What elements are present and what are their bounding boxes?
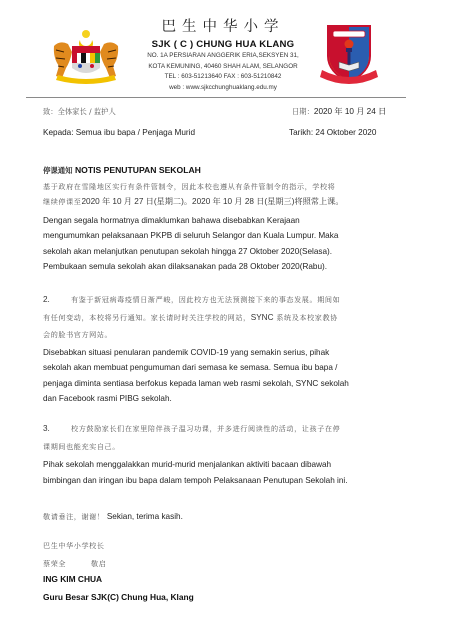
- school-name-chinese: 巴生中华小学: [128, 18, 318, 36]
- school-crest-logo: [320, 22, 378, 88]
- notice-title-chinese: 停课通知: [43, 166, 73, 175]
- paragraph-2-number: 2.: [43, 292, 71, 308]
- paragraph-1-chinese-text: 继续停课至: [43, 197, 81, 206]
- recipient-chinese: 致：全体家长 / 监护人: [43, 107, 116, 117]
- closing: 敬请垂注，谢谢！ Sekian, terima kasih.: [43, 509, 443, 525]
- paragraph-2-chinese-line-3: 会的脸书官方网站。: [43, 327, 443, 343]
- closing-malay: Sekian, terima kasih.: [107, 512, 183, 521]
- paragraph-3-number: 3.: [43, 421, 71, 437]
- paragraph-1-malay-line-4: Pembukaan semula sekolah akan dilaksanak…: [43, 259, 443, 275]
- paragraph-2-chinese-line-2: 有任何变动，本校将另行通知。家长请时时关注学校的网站，SYNC 系统及本校家教协: [43, 310, 443, 326]
- address-line-2: KOTA KEMUNING, 40460 SHAH ALAM, SELANGOR: [128, 62, 318, 73]
- paragraph-1-malay-line-2: mengumumkan pelaksanaan PKPB di seluruh …: [43, 228, 443, 244]
- date-chinese-label: 日期：: [292, 107, 314, 116]
- paragraph-2-chinese-text-1: 有鉴于新冠病毒疫情日渐严峻，因此校方也无法预测接下来的事态发展。期间如: [71, 295, 340, 304]
- paragraph-2-chinese-text-3: 系统及本校家教协: [276, 313, 338, 322]
- paragraph-1-malay-line-3: sekolah akan melanjutkan penutupan sekol…: [43, 244, 443, 260]
- paragraph-3-chinese-line-1: 3.校方鼓励家长们在家里陪伴孩子温习功课，并多进行阅读性的活动，让孩子在停: [43, 421, 443, 437]
- signature-sign-off-chinese: 敬启: [91, 559, 106, 568]
- closing-chinese: 敬请垂注，谢谢！: [43, 512, 105, 521]
- website-line: web : www.sjkcchunghuaklang.edu.my: [128, 83, 318, 94]
- contact-line: TEL : 603-51213640 FAX : 603-51210842: [128, 72, 318, 83]
- notice-section-2: 2.有鉴于新冠病毒疫情日渐严峻，因此校方也无法预测接下来的事态发展。期间如 有任…: [43, 292, 443, 407]
- letterhead: 巴生中华小学 SJK ( C ) CHUNG HUA KLANG NO. 1A …: [0, 0, 452, 100]
- paragraph-3-chinese-line-2: 课期间也能充实自己。: [43, 439, 443, 455]
- signature-title-chinese: 巴生中华小学校长: [43, 538, 443, 554]
- signature-name: ING KIM CHUA: [43, 572, 443, 588]
- signature-title: Guru Besar SJK(C) Chung Hua, Klang: [43, 590, 443, 606]
- notice-section-1: 停课通知 NOTIS PENUTUPAN SEKOLAH 基于政府在雪隆地区实行…: [43, 163, 443, 275]
- paragraph-3-chinese-text-1: 校方鼓励家长们在家里陪伴孩子温习功课，并多进行阅读性的活动，让孩子在停: [71, 424, 340, 433]
- paragraph-3-malay-line-2: bimbingan dan iringan ibu bapa dalam tem…: [43, 473, 443, 489]
- notice-title: 停课通知 NOTIS PENUTUPAN SEKOLAH: [43, 163, 443, 179]
- signature-name-chinese: 蔡荣全: [43, 556, 91, 572]
- paragraph-1-chinese-line-1: 基于政府在雪隆地区实行有条件管制令，因此本校也遵从有条件管制令的指示，学校将: [43, 179, 443, 195]
- paragraph-2-malay-line-4: dan Facebook rasmi PIBG sekolah.: [43, 391, 443, 407]
- paragraph-1-chinese-line-2: 继续停课至2020 年 10 月 27 日(星期二)。2020 年 10 月 2…: [43, 194, 443, 210]
- notice-title-malay: NOTIS PENUTUPAN SEKOLAH: [75, 165, 201, 175]
- paragraph-3-malay-line-1: Pihak sekolah menggalakkan murid-murid m…: [43, 457, 443, 473]
- paragraph-2-malay-line-2: sekolah akan membuat pengumuman dari sem…: [43, 360, 443, 376]
- recipient-malay: Kepada: Semua ibu bapa / Penjaga Murid: [43, 128, 195, 137]
- paragraph-2-chinese-text-2: 有任何变动，本校将另行通知。家长请时时关注学校的网站，: [43, 313, 251, 322]
- letterhead-text: 巴生中华小学 SJK ( C ) CHUNG HUA KLANG NO. 1A …: [128, 18, 318, 93]
- date-chinese: 日期：2020 年 10 月 24 日: [292, 106, 386, 117]
- paragraph-1-malay-line-1: Dengan segala hormatnya dimaklumkan baha…: [43, 213, 443, 229]
- paragraph-2-malay-line-1: Disebabkan situasi penularan pandemik CO…: [43, 345, 443, 361]
- date-chinese-value: 2020 年 10 月 24 日: [314, 107, 386, 116]
- paragraph-2-chinese-line-1: 2.有鉴于新冠病毒疫情日渐严峻，因此校方也无法预测接下来的事态发展。期间如: [43, 292, 443, 308]
- letterhead-divider: [26, 97, 406, 98]
- notice-section-3: 3.校方鼓励家长们在家里陪伴孩子温习功课，并多进行阅读性的活动，让孩子在停 课期…: [43, 421, 443, 488]
- date-malay: Tarikh: 24 Oktober 2020: [289, 128, 376, 137]
- paragraph-1-chinese-dates: 2020 年 10 月 27 日(星期二)。2020 年 10 月 28 日(星…: [81, 197, 343, 206]
- school-name: SJK ( C ) CHUNG HUA KLANG: [128, 38, 318, 51]
- malaysia-coat-of-arms-logo: [50, 28, 122, 84]
- address-line-1: NO. 1A PERSIARAN ANGGERIK ERIA,SEKSYEN 3…: [128, 51, 318, 62]
- paragraph-2-sync: SYNC: [251, 313, 274, 322]
- signature-name-chinese-row: 蔡荣全敬启: [43, 556, 443, 572]
- paragraph-2-malay-line-3: penjaga diminta sentiasa berfokus kepada…: [43, 376, 443, 392]
- signature-block: 巴生中华小学校长 蔡荣全敬启 ING KIM CHUA Guru Besar S…: [43, 538, 443, 605]
